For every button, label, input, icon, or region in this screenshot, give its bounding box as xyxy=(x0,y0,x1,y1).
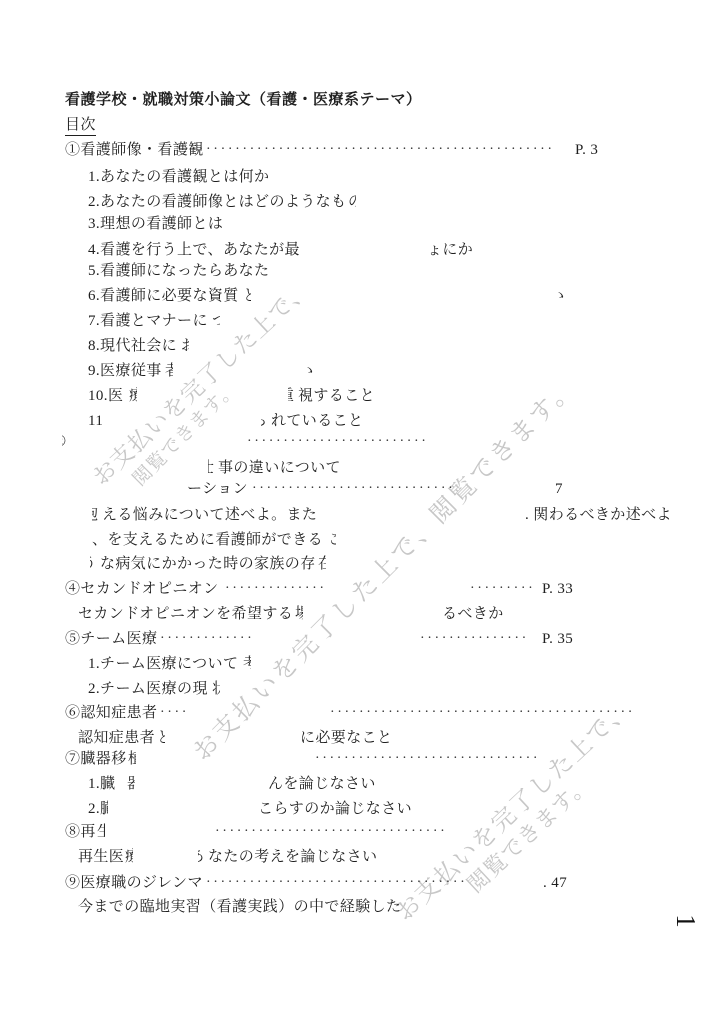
partial-glyph: お xyxy=(181,336,189,356)
toc-line: 10.医療重視すること xyxy=(0,386,724,408)
toc-line: ーション····························27 xyxy=(0,479,724,501)
toc-text: 認知症患者 xyxy=(78,728,155,748)
toc-line: 8.現代社会にお xyxy=(0,336,724,358)
toc-text: れていること xyxy=(271,411,363,431)
partial-glyph: 在 xyxy=(318,554,326,574)
toc-line: ⑥認知症患者··································… xyxy=(0,703,724,725)
toc-text: んを論じなさい xyxy=(268,774,376,794)
partial-glyph: 療 xyxy=(125,847,133,867)
toc-text: 7.看護とマナーに xyxy=(88,311,208,331)
toc-text: ⑧再 xyxy=(65,822,96,842)
page-ref: P. 3 xyxy=(575,140,598,160)
toc-heading: 目次 xyxy=(65,113,96,136)
partial-glyph: 生 xyxy=(97,822,105,842)
toc-text: なたの考えを論じなさい xyxy=(208,847,377,867)
dot-leader: ···························· xyxy=(252,479,455,499)
partial-glyph: 仕 xyxy=(208,458,216,478)
toc-text: 事の違いについて xyxy=(218,458,341,478)
toc-text: に必要なこと xyxy=(300,728,392,748)
page-ref: P. 33 xyxy=(542,579,573,599)
toc-line: 認知症患者とに必要なこと xyxy=(0,728,724,750)
partial-glyph: こ xyxy=(328,530,336,550)
toc-text: 11 xyxy=(88,411,103,431)
toc-line: 2.チーム医療の現状 xyxy=(0,679,724,701)
toc-line: 再生医療あなたの考えを論じなさい xyxy=(0,847,724,869)
dot-leader: ·············· xyxy=(225,579,327,599)
toc-line: ⑧再生································ xyxy=(0,822,724,844)
dot-leader: ············· xyxy=(160,629,254,649)
toc-line: ②························· xyxy=(0,432,724,454)
toc-text: ④セカンドオピニオン xyxy=(65,579,219,599)
toc-line: ⑨医療職のジレンマ·······························… xyxy=(0,873,724,895)
toc-line: うな病気にかかった時の家族の存在 xyxy=(0,554,724,576)
toc-text: 1.あなたの看護観とは何か xyxy=(88,167,269,187)
toc-text: ⑨医療職のジレンマ xyxy=(65,873,203,893)
partial-glyph: の xyxy=(348,192,356,212)
toc-text: 2. xyxy=(88,799,100,819)
partial-glyph: P xyxy=(650,703,658,723)
toc-text: 6.看護師に必要な資質 xyxy=(88,286,239,306)
partial-glyph: 考 xyxy=(243,654,251,674)
partial-glyph: と xyxy=(157,728,165,748)
toc-text: 今までの臨地実習（看護実践）の中で経験した xyxy=(78,897,401,917)
toc-text: 1.チーム医療について xyxy=(88,654,238,674)
toc-text: 2.チーム医療の現 xyxy=(88,679,208,699)
partial-glyph: 重 xyxy=(288,386,296,406)
partial-glyph: 状 xyxy=(212,679,220,699)
toc-text: 9.医療従事 xyxy=(88,361,162,381)
partial-glyph: 場 xyxy=(295,604,303,624)
partial-glyph: う xyxy=(90,554,98,574)
toc-line: 抱える悩みについて述べよ。また. 関わるべきか述べよ xyxy=(0,505,724,527)
toc-line: 2.臓こらすのか論じなさい xyxy=(0,799,724,821)
partial-glyph: 植 xyxy=(128,749,136,769)
toc-line: 1.チーム医療について考 xyxy=(0,654,724,676)
toc-line: 2.あなたの看護師像とはどのようなもの xyxy=(0,192,724,214)
toc-text: ゝ xyxy=(553,286,568,306)
toc-text: るべきか xyxy=(442,604,504,624)
dot-leader: ········································… xyxy=(177,140,555,160)
partial-glyph: と xyxy=(243,286,251,306)
toc-text: 再生医 xyxy=(78,847,124,867)
toc-line: 1.臓器んを論じなさい xyxy=(0,774,724,796)
partial-glyph: 臓 xyxy=(100,799,108,819)
toc-text: える悩みについて述べよ。また xyxy=(102,505,317,525)
toc-text: ⑥認知症患者 xyxy=(65,703,157,723)
toc-line: 仕事の違いについて xyxy=(0,458,724,480)
toc-text: 7 xyxy=(555,479,563,499)
partial-glyph: ② xyxy=(62,432,70,452)
toc-text: 8.現代社会に xyxy=(88,336,177,356)
dot-leader: ···································· xyxy=(206,873,467,893)
dot-leader: ········································… xyxy=(330,703,635,723)
toc-line: 5.看護師になったらあなた xyxy=(0,261,724,283)
toc-text: 2.あなたの看護師像とはどのようなも xyxy=(88,192,346,212)
partial-glyph: 器 xyxy=(127,774,135,794)
toc-line: 、を支えるために看護師ができるこ xyxy=(0,530,724,552)
toc-text: ょにか xyxy=(427,240,473,260)
dot-leader: ························· xyxy=(247,432,429,452)
toc-line: 4.看護を行う上で、あなたが最ょにか xyxy=(0,240,724,262)
toc-line: ⑤チーム医療····························P. 35 xyxy=(0,629,724,651)
toc-text: こらすのか論じなさい xyxy=(258,799,412,819)
toc-line: 9.医療従事者ゝ xyxy=(0,361,724,383)
partial-glyph: 者 xyxy=(165,361,173,381)
document-title: 看護学校・就職対策小論文（看護・医療系テーマ） xyxy=(65,88,422,109)
page-number: 1 xyxy=(668,903,704,939)
document-page: 看護学校・就職対策小論文（看護・医療系テーマ） 目次 ①看護師像・看護観····… xyxy=(0,0,724,1024)
partial-glyph: 療 xyxy=(129,386,137,406)
toc-text: 、を支えるために看護師ができる xyxy=(92,530,323,550)
toc-line: 11られていること xyxy=(0,411,724,433)
toc-line: 3.理想の看護師とは xyxy=(0,214,724,236)
toc-text: ⑤チーム医療 xyxy=(65,629,157,649)
toc-line: セカンドオピニオンを希望する場るべきか xyxy=(0,604,724,626)
dot-leader: ······························· xyxy=(315,749,540,769)
partial-glyph: あ xyxy=(198,847,206,867)
toc-text: 5.看護師になったらあなた xyxy=(88,261,269,281)
toc-text: 視すること xyxy=(298,386,375,406)
toc-text: 3.理想の看護師とは xyxy=(88,214,223,234)
partial-glyph: 抱 xyxy=(92,505,100,525)
toc-text: セカンドオピニオンを希望する xyxy=(78,604,293,624)
toc-line: ①看護師像・看護観·······························… xyxy=(0,140,724,162)
toc-text: 4.看護を行う上で、あなたが最 xyxy=(88,240,300,260)
dot-leader: ···· xyxy=(160,703,189,723)
page-ref: . 47 xyxy=(543,873,567,893)
partial-glyph: 2 xyxy=(546,479,554,499)
toc-line: 今までの臨地実習（看護実践）の中で経験した xyxy=(0,897,724,919)
toc-text: な病気にかかった時の家族の存 xyxy=(100,554,316,574)
toc-text: . 関わるべきか述べよ xyxy=(525,505,672,525)
toc-line: 7.看護とマナーにつ xyxy=(0,311,724,333)
dot-leader: ··············· xyxy=(420,629,529,649)
toc-line: ④セカンドオピニオン·······················P. 33 xyxy=(0,579,724,601)
toc-text: 10.医 xyxy=(88,386,123,406)
toc-line: ⑦臓器移植······························· xyxy=(0,749,724,771)
toc-text: ⑦臓器移 xyxy=(65,749,127,769)
toc-text: ゝ xyxy=(302,361,317,381)
toc-line: 6.看護師に必要な資質とゝ xyxy=(0,286,724,308)
toc-line: 1.あなたの看護観とは何か xyxy=(0,167,724,189)
dot-leader: ································ xyxy=(215,822,447,842)
toc-text: 1.臓 xyxy=(88,774,115,794)
partial-glyph: ら xyxy=(261,411,269,431)
toc-text: ーション xyxy=(187,479,248,499)
dot-leader: ········· xyxy=(470,579,535,599)
partial-glyph: つ xyxy=(212,311,220,331)
page-ref: P. 35 xyxy=(542,629,573,649)
